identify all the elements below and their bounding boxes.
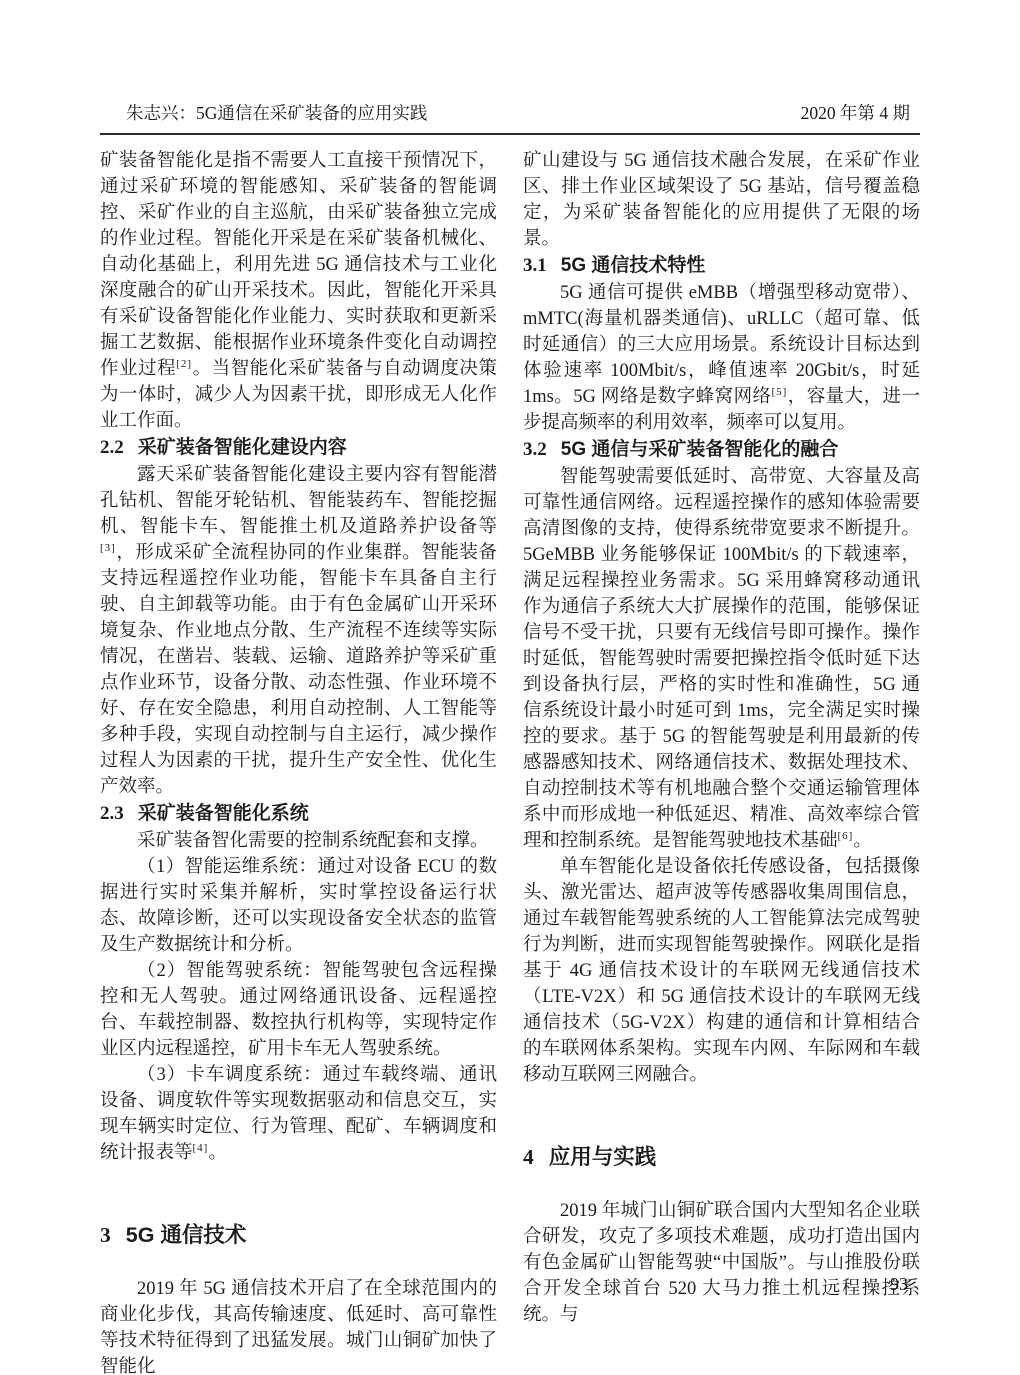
heading-3-1: 3.15G 通信技术特性 (523, 253, 920, 279)
paragraph-application-practice: 2019 年城门山铜矿联合国内大型知名企业联合研发，攻克了多项技术难题，成功打造… (523, 1198, 920, 1328)
citation-ref-6: [6] (838, 830, 854, 842)
paragraph-continuation: 矿装备智能化是指不需要人工直接干预情况下，通过采矿环境的智能感知、采矿装备的智能… (100, 148, 497, 434)
paragraph-systems-intro: 采矿装备智化需要的控制系统配套和支撑。 (100, 828, 497, 854)
two-column-body: 矿装备智能化是指不需要人工直接干预情况下，通过采矿环境的智能感知、采矿装备的智能… (100, 148, 920, 1375)
left-column: 矿装备智能化是指不需要人工直接干预情况下，通过采矿环境的智能感知、采矿装备的智能… (100, 148, 497, 1375)
heading-3-2: 3.25G 通信与采矿装备智能化的融合 (523, 437, 920, 463)
heading-title: 采矿装备智能化系统 (138, 803, 309, 824)
paragraph-construction-content: 露天采矿装备智能化建设主要内容有智能潜孔钻机、智能牙轮钻机、智能装药车、智能挖掘… (100, 462, 497, 800)
heading-title: 采矿装备智能化建设内容 (138, 437, 347, 458)
paragraph-single-vehicle-intelligence: 单车智能化是设备依托传感设备，包括摄像头、激光雷达、超声波等传感器收集周围信息，… (523, 854, 920, 1088)
citation-ref-3: [3] (100, 542, 116, 554)
paragraph-fusion: 智能驾驶需要低延时、高带宽、大容量及高可靠性通信网络。远程遥控操作的感知体验需要… (523, 464, 920, 854)
citation-ref-2: [2] (176, 358, 192, 370)
citation-ref-5: [5] (772, 386, 788, 398)
heading-title: 5G 通信技术特性 (561, 255, 706, 276)
paragraph-5g-characteristics: 5G 通信可提供 eMBB（增强型移动宽带）、mMTC(海量机器类通信)、uRL… (523, 280, 920, 436)
right-column: 矿山建设与 5G 通信技术融合发展，在采矿作业区、排土作业区域架设了 5G 基站… (523, 148, 920, 1375)
running-title: 朱志兴：5G通信在采矿装备的应用实践 (126, 102, 427, 124)
page-number: 93 (890, 1273, 908, 1295)
issue-label: 2020 年第 4 期 (801, 102, 910, 124)
paragraph-item-1: （1）智能运维系统：通过对设备 ECU 的数据进行实时采集并解析，实时掌控设备运… (100, 854, 497, 958)
heading-3: 35G 通信技术 (100, 1220, 497, 1250)
heading-number: 3.2 (523, 439, 547, 460)
paragraph-5g-commercialization: 2019 年 5G 通信技术开启了在全球范围内的商业化步伐，其高传输速度、低延时… (100, 1276, 497, 1375)
heading-title: 应用与实践 (549, 1145, 657, 1169)
paper-page: 朱志兴：5G通信在采矿装备的应用实践 2020 年第 4 期 矿装备智能化是指不… (0, 0, 1020, 1375)
heading-number: 2.2 (100, 437, 124, 458)
heading-number: 2.3 (100, 803, 124, 824)
paragraph-item-2: （2）智能驾驶系统：智能驾驶包含远程操控和无人驾驶。通过网络通讯设备、远程遥控台… (100, 958, 497, 1062)
paragraph-continuation: 矿山建设与 5G 通信技术融合发展，在采矿作业区、排土作业区域架设了 5G 基站… (523, 148, 920, 252)
heading-number: 4 (523, 1145, 534, 1169)
header-rule (100, 133, 920, 135)
page-header: 朱志兴：5G通信在采矿装备的应用实践 2020 年第 4 期 (100, 100, 920, 133)
heading-4: 4应用与实践 (523, 1142, 920, 1172)
paragraph-item-3: （3）卡车调度系统：通过车载终端、通讯设备、调度软件等实现数据驱动和信息交互，实… (100, 1062, 497, 1166)
citation-ref-4: [4] (193, 1142, 209, 1154)
heading-number: 3 (100, 1223, 111, 1247)
heading-title: 5G 通信与采矿装备智能化的融合 (561, 439, 839, 460)
heading-number: 3.1 (523, 255, 547, 276)
heading-2-3: 2.3采矿装备智能化系统 (100, 801, 497, 827)
heading-2-2: 2.2采矿装备智能化建设内容 (100, 435, 497, 461)
heading-title: 5G 通信技术 (126, 1223, 247, 1247)
